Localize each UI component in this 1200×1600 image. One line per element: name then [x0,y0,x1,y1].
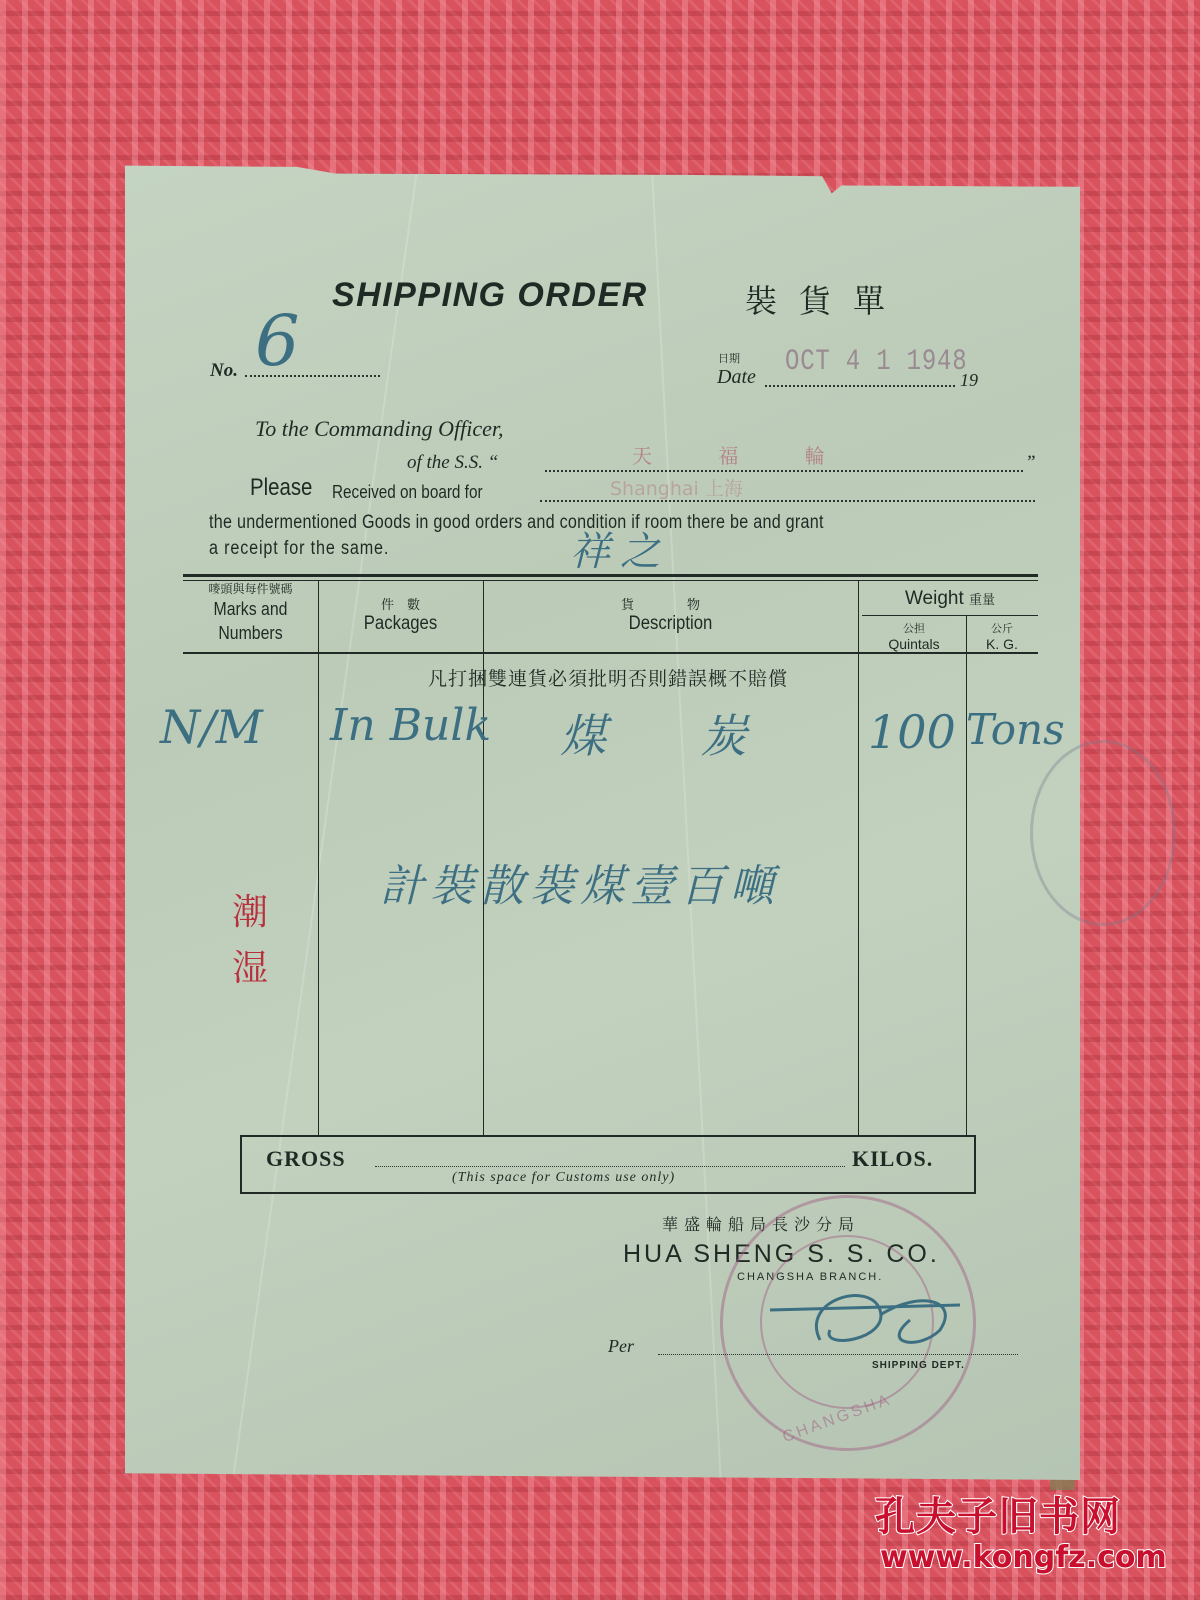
header-packages: 件 數 Packages [318,594,483,635]
gross-field[interactable] [375,1166,845,1167]
no-label: No. [210,360,238,382]
table-header-border [183,652,1038,654]
per-label: Per [608,1336,634,1357]
header-kg: 公斤 K. G. [966,620,1038,652]
document-title-cn: 裝貨單 [745,276,907,322]
header-kg-label: K. G. [966,636,1038,652]
no-handwritten-value: 6 [255,300,300,382]
row-marks: N/M [160,700,263,754]
address-line: To the Commanding Officer, [255,416,504,442]
ship-name-stamp: 天 福 輪 [632,440,855,469]
kilos-label: KILOS. [852,1146,933,1172]
signature-scribble [760,1270,990,1360]
header-weight-cn: 重量 [969,593,995,608]
document-title: SHIPPING ORDER [332,276,648,315]
watermark-url: www.kongfz.com [880,1540,1167,1575]
handwritten-total-note: 計裝散裝煤壹百噸 [380,850,780,914]
header-kg-cn: 公斤 [966,620,1038,636]
please-word: Please [250,474,312,502]
date-label-cn: 日期 [718,350,740,366]
date-label: Date [717,366,756,389]
watermark-name: 孔夫子旧书网 [875,1485,1121,1542]
gross-label: GROSS [266,1146,346,1172]
liability-notice: 凡打捆雙連貨必須批明否則錯誤概不賠償 [428,664,788,691]
header-description-cn: 貨 物 [483,594,858,613]
ss-label: of the S.S. “ [407,452,498,474]
header-marks: 嘜頭與每件號碼 Marks and Numbers [183,580,318,645]
row-packages: In Bulk [330,700,491,751]
weight-subheader-border [862,615,1038,616]
ship-name-field[interactable] [545,470,1023,472]
received-text: Received on board for [332,482,483,503]
table-top-border [183,574,1038,577]
body-text-2: a receipt for the same. [209,538,389,560]
header-quintals-label: Quintals [862,636,966,652]
header-packages-label: Packages [328,613,473,635]
column-divider [318,580,319,1135]
header-marks-cn: 嘜頭與每件號碼 [183,580,318,597]
header-marks-label: Marks and Numbers [191,597,310,645]
header-description-label: Description [506,613,836,635]
paper-crease [650,156,721,1479]
row-quintals: 100 [868,705,956,759]
header-weight: Weight 重量 [862,588,1038,610]
header-description: 貨 物 Description [483,594,858,635]
date-field[interactable] [765,385,955,387]
ss-close-quote: ” [1025,452,1036,474]
header-quintals-cn: 公担 [862,620,966,636]
header-quintals: 公担 Quintals [862,620,966,652]
body-text: the undermentioned Goods in good orders … [209,512,824,534]
date-stamp: OCT 4 1 1948 [785,345,967,379]
row-description: 煤 炭 [560,700,787,766]
ship-port-stamp: Shanghai 上海 [610,474,743,501]
header-weight-label: Weight [905,588,964,609]
received-for-field[interactable] [540,500,1035,502]
header-packages-cn: 件 數 [318,594,483,613]
handwritten-consignee: 祥之 [570,520,670,577]
shipping-dept-label: SHIPPING DEPT. [872,1360,965,1371]
red-margin-note: 潮 湿 [232,885,272,997]
column-divider [966,616,967,1135]
row-kg: Tons [966,705,1065,754]
customs-note: (This space for Customs use only) [452,1170,675,1186]
column-divider [858,580,859,1135]
edge-seal-stamp [1030,740,1176,926]
